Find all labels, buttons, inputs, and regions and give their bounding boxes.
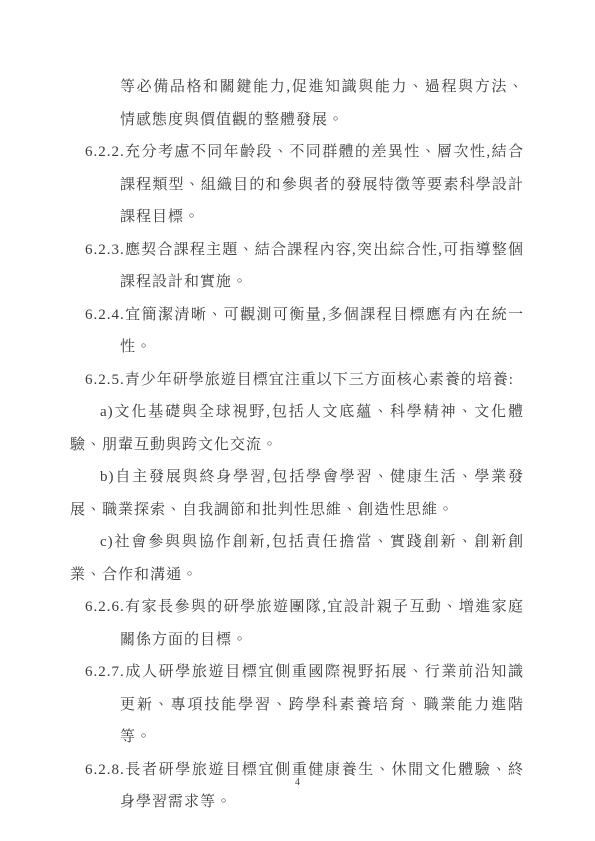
clause-text: 充分考慮不同年齡段、不同群體的差異性、層次性,結合課程類型、組織目的和參與者的發… bbox=[120, 144, 524, 225]
clause-6.2.1-continuation: 等必備品格和關鍵能力,促進知識與能力、過程與方法、情感態度與價值觀的整體發展。 bbox=[70, 71, 524, 136]
clause-text: 應契合課程主題、結合課程內容,突出綜合性,可指導整個課程設計和實施。 bbox=[120, 242, 524, 291]
clause-continuation-text: 等必備品格和關鍵能力,促進知識與能力、過程與方法、情感態度與價值觀的整體發展。 bbox=[120, 79, 524, 128]
sub-item-text: 文化基礎與全球視野,包括人文底蘊、科學精神、文化體驗、朋輩互動與跨文化交流。 bbox=[70, 404, 524, 453]
sub-item-a: a)文化基礎與全球視野,包括人文底蘊、科學精神、文化體驗、朋輩互動與跨文化交流。 bbox=[70, 396, 524, 461]
clause-number: 6.2.4. bbox=[85, 307, 125, 323]
sub-item-label: b) bbox=[100, 469, 115, 485]
sub-item-label: c) bbox=[100, 534, 114, 550]
clause-number: 6.2.6. bbox=[85, 599, 125, 615]
clause-6.2.6: 6.2.6.有家長參與的研學旅遊團隊,宜設計親子互動、增進家庭關係方面的目標。 bbox=[70, 591, 524, 656]
sub-item-label: a) bbox=[100, 404, 114, 420]
clause-number: 6.2.3. bbox=[85, 242, 125, 258]
clause-6.2.2: 6.2.2.充分考慮不同年齡段、不同群體的差異性、層次性,結合課程類型、組織目的… bbox=[70, 136, 524, 234]
sub-item-b: b)自主發展與終身學習,包括學會學習、健康生活、學業發展、職業探索、自我調節和批… bbox=[70, 461, 524, 526]
sub-item-c: c)社會參與與協作創新,包括責任擔當、實踐創新、創新創業、合作和溝通。 bbox=[70, 526, 524, 591]
sub-item-text: 社會參與與協作創新,包括責任擔當、實踐創新、創新創業、合作和溝通。 bbox=[70, 534, 524, 583]
sub-item-text: 自主發展與終身學習,包括學會學習、健康生活、學業發展、職業探索、自我調節和批判性… bbox=[70, 469, 524, 518]
clause-text: 有家長參與的研學旅遊團隊,宜設計親子互動、增進家庭關係方面的目標。 bbox=[120, 599, 524, 648]
clause-6.2.3: 6.2.3.應契合課程主題、結合課程內容,突出綜合性,可指導整個課程設計和實施。 bbox=[70, 234, 524, 299]
page-footer: 4 bbox=[0, 776, 595, 790]
clause-text: 成人研學旅遊目標宜側重國際視野拓展、行業前沿知識更新、專項技能學習、跨學科素養培… bbox=[120, 664, 524, 745]
clause-number: 6.2.7. bbox=[85, 664, 125, 680]
clause-6.2.4: 6.2.4.宜簡潔清晰、可觀測可衡量,多個課程目標應有內在統一性。 bbox=[70, 299, 524, 364]
document-body: 等必備品格和關鍵能力,促進知識與能力、過程與方法、情感態度與價值觀的整體發展。 … bbox=[70, 71, 524, 819]
clause-text: 青少年研學旅遊目標宜注重以下三方面核心素養的培養: bbox=[125, 372, 514, 388]
clause-number: 6.2.5. bbox=[85, 372, 125, 388]
clause-6.2.7: 6.2.7.成人研學旅遊目標宜側重國際視野拓展、行業前沿知識更新、專項技能學習、… bbox=[70, 656, 524, 754]
clause-text: 宜簡潔清晰、可觀測可衡量,多個課程目標應有內在統一性。 bbox=[120, 307, 524, 356]
page-number: 4 bbox=[295, 777, 300, 788]
clause-number: 6.2.2. bbox=[85, 144, 125, 160]
clause-6.2.5: 6.2.5.青少年研學旅遊目標宜注重以下三方面核心素養的培養: bbox=[70, 364, 524, 397]
document-page: 等必備品格和關鍵能力,促進知識與能力、過程與方法、情感態度與價值觀的整體發展。 … bbox=[0, 0, 595, 841]
